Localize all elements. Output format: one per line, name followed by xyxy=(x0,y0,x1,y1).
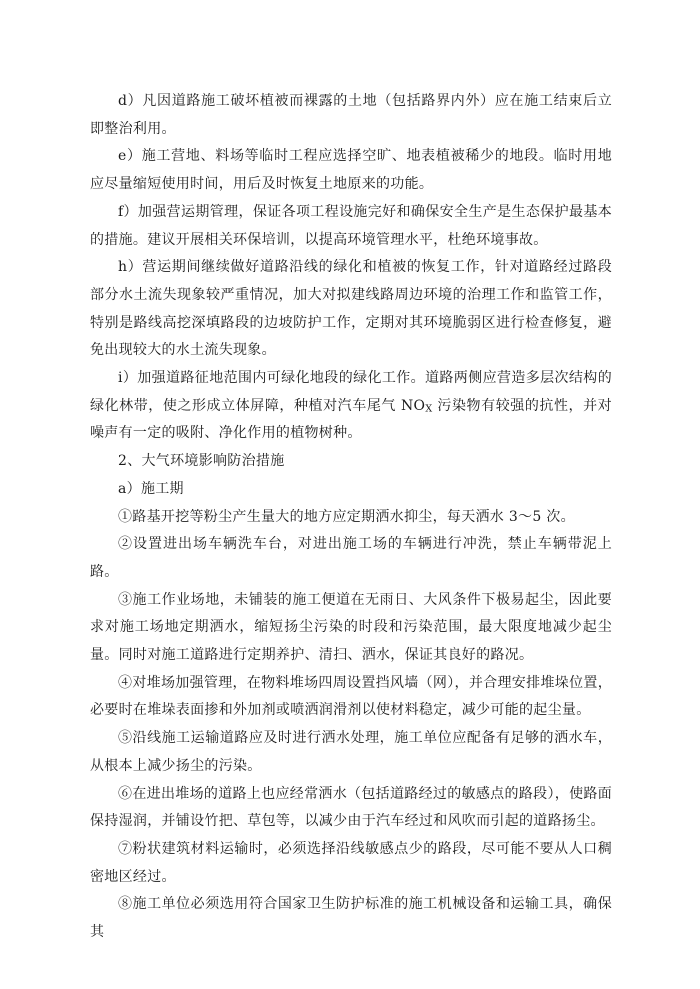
text-run: ⑥在进出堆场的道路上也应经常洒水（包括道路经过的敏感点的路段），使路面保持湿润，… xyxy=(90,786,612,830)
paragraph: f）加强营运期管理，保证各项工程设施完好和确保安全生产是生态保护最基本的措施。建… xyxy=(90,199,612,254)
text-run: 2、大气环境影响防治措施 xyxy=(118,453,285,469)
text-run: ⑤沿线施工运输道路应及时进行洒水处理，施工单位应配备有足够的洒水车，从根本上减少… xyxy=(90,730,612,774)
text-run: e）施工营地、料场等临时工程应选择空旷、地表植被稀少的地段。临时用地应尽量缩短使… xyxy=(90,148,612,192)
text-run: ①路基开挖等粉尘产生量大的地方应定期洒水抑尘，每天洒水 3～5 次。 xyxy=(118,509,575,525)
text-run: ⑦粉状建筑材料运输时，必须选择沿线敏感点少的路段，尽可能不要从人口稠密地区经过。 xyxy=(90,841,612,885)
paragraph: i）加强道路征地范围内可绿化地段的绿化工作。道路两侧应营造多层次结构的绿化林带，… xyxy=(90,365,612,448)
paragraph: a）施工期 xyxy=(90,476,612,504)
paragraph: ④对堆场加强管理，在物料堆场四周设置挡风墙（网），并合理安排堆垛位置，必要时在堆… xyxy=(90,670,612,725)
document-page: d）凡因道路施工破坏植被而裸露的土地（包括路界内外）应在施工结束后立即整治利用。… xyxy=(0,0,700,989)
paragraph: ②设置进出场车辆洗车台，对进出施工场的车辆进行冲洗，禁止车辆带泥上路。 xyxy=(90,531,612,586)
text-run: d）凡因道路施工破坏植被而裸露的土地（包括路界内外）应在施工结束后立即整治利用。 xyxy=(90,93,612,137)
document-body: d）凡因道路施工破坏植被而裸露的土地（包括路界内外）应在施工结束后立即整治利用。… xyxy=(90,88,612,947)
paragraph: 2、大气环境影响防治措施 xyxy=(90,448,612,476)
text-run: ③施工作业场地，未铺装的施工便道在无雨日、大风条件下极易起尘，因此要求对施工场地… xyxy=(90,592,612,663)
paragraph: ⑦粉状建筑材料运输时，必须选择沿线敏感点少的路段，尽可能不要从人口稠密地区经过。 xyxy=(90,836,612,891)
text-run: ②设置进出场车辆洗车台，对进出施工场的车辆进行冲洗，禁止车辆带泥上路。 xyxy=(90,536,612,580)
paragraph: ⑤沿线施工运输道路应及时进行洒水处理，施工单位应配备有足够的洒水车，从根本上减少… xyxy=(90,725,612,780)
paragraph: e）施工营地、料场等临时工程应选择空旷、地表植被稀少的地段。临时用地应尽量缩短使… xyxy=(90,143,612,198)
text-run: ④对堆场加强管理，在物料堆场四周设置挡风墙（网），并合理安排堆垛位置，必要时在堆… xyxy=(90,675,612,719)
text-run: f）加强营运期管理，保证各项工程设施完好和确保安全生产是生态保护最基本的措施。建… xyxy=(90,204,612,248)
paragraph: ⑧施工单位必须选用符合国家卫生防护标准的施工机械设备和运输工具，确保其 xyxy=(90,891,612,946)
paragraph: ①路基开挖等粉尘产生量大的地方应定期洒水抑尘，每天洒水 3～5 次。 xyxy=(90,504,612,532)
paragraph: ⑥在进出堆场的道路上也应经常洒水（包括道路经过的敏感点的路段），使路面保持湿润，… xyxy=(90,781,612,836)
paragraph: d）凡因道路施工破坏植被而裸露的土地（包括路界内外）应在施工结束后立即整治利用。 xyxy=(90,88,612,143)
text-run: h）营运期间继续做好道路沿线的绿化和植被的恢复工作，针对道路经过路段部分水土流失… xyxy=(90,259,612,358)
text-run: ⑧施工单位必须选用符合国家卫生防护标准的施工机械设备和运输工具，确保其 xyxy=(90,896,612,940)
paragraph: ③施工作业场地，未铺装的施工便道在无雨日、大风条件下极易起尘，因此要求对施工场地… xyxy=(90,587,612,670)
paragraph: h）营运期间继续做好道路沿线的绿化和植被的恢复工作，针对道路经过路段部分水土流失… xyxy=(90,254,612,365)
text-run: a）施工期 xyxy=(118,481,184,497)
